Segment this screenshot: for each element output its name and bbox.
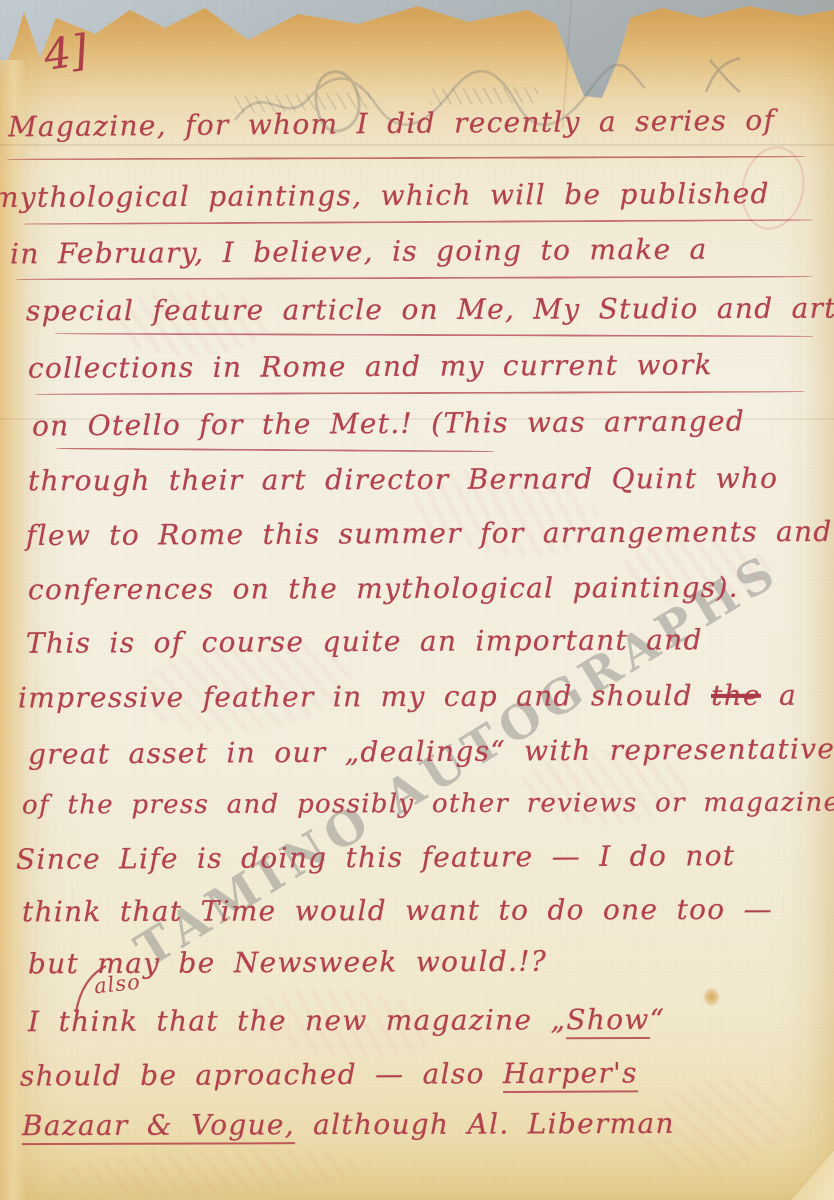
page-number: 4] [41, 25, 91, 80]
underlined-word: Bazaar & Vogue, [22, 1108, 295, 1145]
line-segment: I think that the new magazine „ [28, 1003, 566, 1038]
handwritten-line: Since Life is doing this feature — I do … [16, 842, 736, 874]
worn-left-edge [0, 60, 26, 1200]
letter-scan: TAMINO AUTOGRAPHS 4] Magazine, for whom … [0, 0, 834, 1200]
handwritten-line: Magazine, for whom I did recently a seri… [8, 107, 775, 142]
handwritten-line: think that Time would want to do one too… [22, 896, 773, 927]
handwritten-line: should be aproached — also Harper's [20, 1059, 638, 1090]
paper-stain [704, 988, 719, 1006]
handwritten-line: on Otello for the Met.! (This was arrang… [32, 408, 745, 441]
handwritten-line: through their art director Bernard Quint… [28, 465, 778, 496]
underlined-word: Harper's [503, 1056, 638, 1093]
line-segment: “ [650, 1003, 666, 1036]
handwritten-line: great asset in our „dealings“ with repre… [28, 735, 834, 769]
handwritten-line: in February, I believe, is going to make… [10, 236, 708, 269]
handwritten-line: mythological paintings, which will be pu… [0, 180, 770, 212]
line-segment: a [761, 679, 797, 712]
line-segment: impressive feather in my cap and should [18, 679, 711, 714]
line-segment: although Al. Liberman [295, 1107, 675, 1141]
handwritten-line: impressive feather in my cap and should … [18, 682, 797, 713]
inserted-word: also [93, 970, 142, 999]
handwritten-line: special feature article on Me, My Studio… [26, 295, 834, 326]
handwritten-line: of the press and possibly other reviews … [22, 790, 834, 819]
handwritten-line: conferences on the mythological painting… [28, 574, 739, 604]
underlined-word: Show [566, 1003, 649, 1039]
handwritten-line: collections in Rome and my current work [28, 351, 713, 383]
handwritten-line: I think that the new magazine „Show“ [28, 1006, 665, 1036]
handwritten-line: Bazaar & Vogue, although Al. Liberman [22, 1110, 675, 1140]
handwritten-line: flew to Rome this summer for arrangement… [26, 518, 833, 550]
handwritten-line: This is of course quite an important and [26, 626, 703, 658]
line-segment: should be aproached — also [20, 1057, 503, 1093]
crossed-out-word: the [711, 679, 761, 712]
